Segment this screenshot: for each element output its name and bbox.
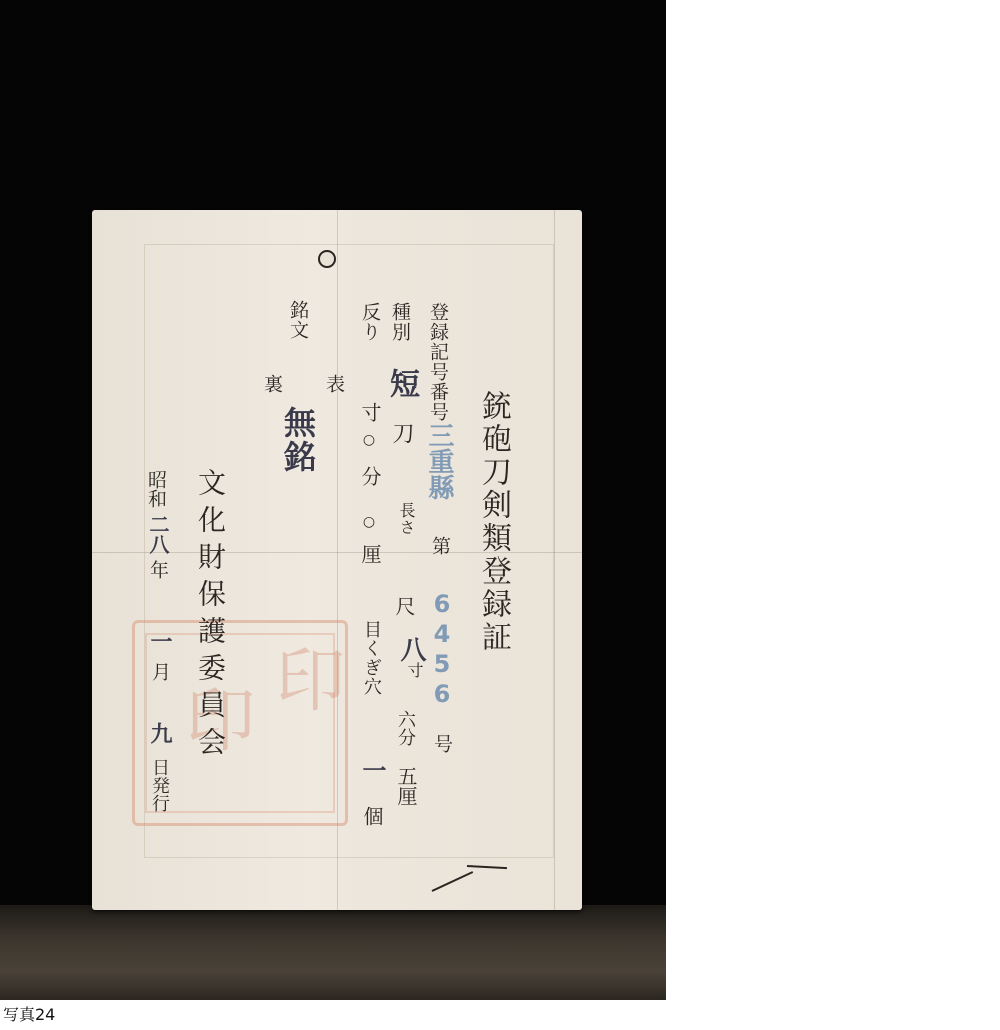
date-month: 一 [148,630,170,652]
table-surface [0,905,666,1000]
date-era: 昭和 [146,470,165,508]
certificate-title: 銃砲刀剣類登録証 [478,390,508,654]
curvature-bu-value: ○ [362,514,376,530]
date-day-unit: 日発行 [150,758,168,812]
length-shaku: 尺 [394,596,414,616]
mekugi-unit: 個 [362,806,382,826]
tear-mark [467,865,507,869]
inscription-back-label: 裏 [262,374,281,394]
fold-line [554,210,555,910]
punch-hole [318,250,336,268]
type-label: 種別 [390,302,409,342]
document-photo: 印 印 銃砲刀剣類登録証 登録記号番号 三重縣 第 6456 号 種別 短 刀 … [0,0,666,1000]
date-month-unit: 月 [150,662,169,681]
registration-prefecture: 三重縣 [426,422,452,500]
date-year: 二八 [148,514,168,554]
curvature-sun-value: ○ [362,432,376,448]
curvature-bu: 分 [360,466,380,486]
type-value-to: 刀 [390,422,412,444]
inscription-front-label: 表 [324,374,343,394]
curvature-sun: 寸 [360,402,380,422]
length-rin: 五厘 [396,766,416,806]
date-day: 九 [148,722,170,744]
curvature-label: 反り [360,302,379,342]
length-bu: 六分 [396,710,414,746]
type-value-tan: 短 [386,368,416,398]
seal-glyph: 印 [255,643,356,713]
photo-caption: 写真24 [3,1002,55,1025]
registration-number: 6456 [430,590,454,710]
mekugi-value: 一 [360,758,384,782]
inscription-label: 銘文 [288,300,307,340]
registration-go: 号 [432,734,451,754]
length-sun-value: 八 [398,636,424,662]
issuer: 文化財保護委員会 [196,468,224,764]
length-label: 長さ [398,502,414,536]
curvature-rin: 厘 [360,544,380,564]
registration-dai: 第 [430,536,449,556]
length-sun: 寸 [406,662,422,678]
date-year-unit: 年 [148,560,167,579]
mekugi-label: 目くぎ穴 [362,620,380,696]
registration-label: 登録記号番号 [428,302,447,422]
registration-certificate: 印 印 銃砲刀剣類登録証 登録記号番号 三重縣 第 6456 号 種別 短 刀 … [92,210,582,910]
inscription-value: 無銘 [282,406,314,474]
tear-mark [432,871,474,892]
